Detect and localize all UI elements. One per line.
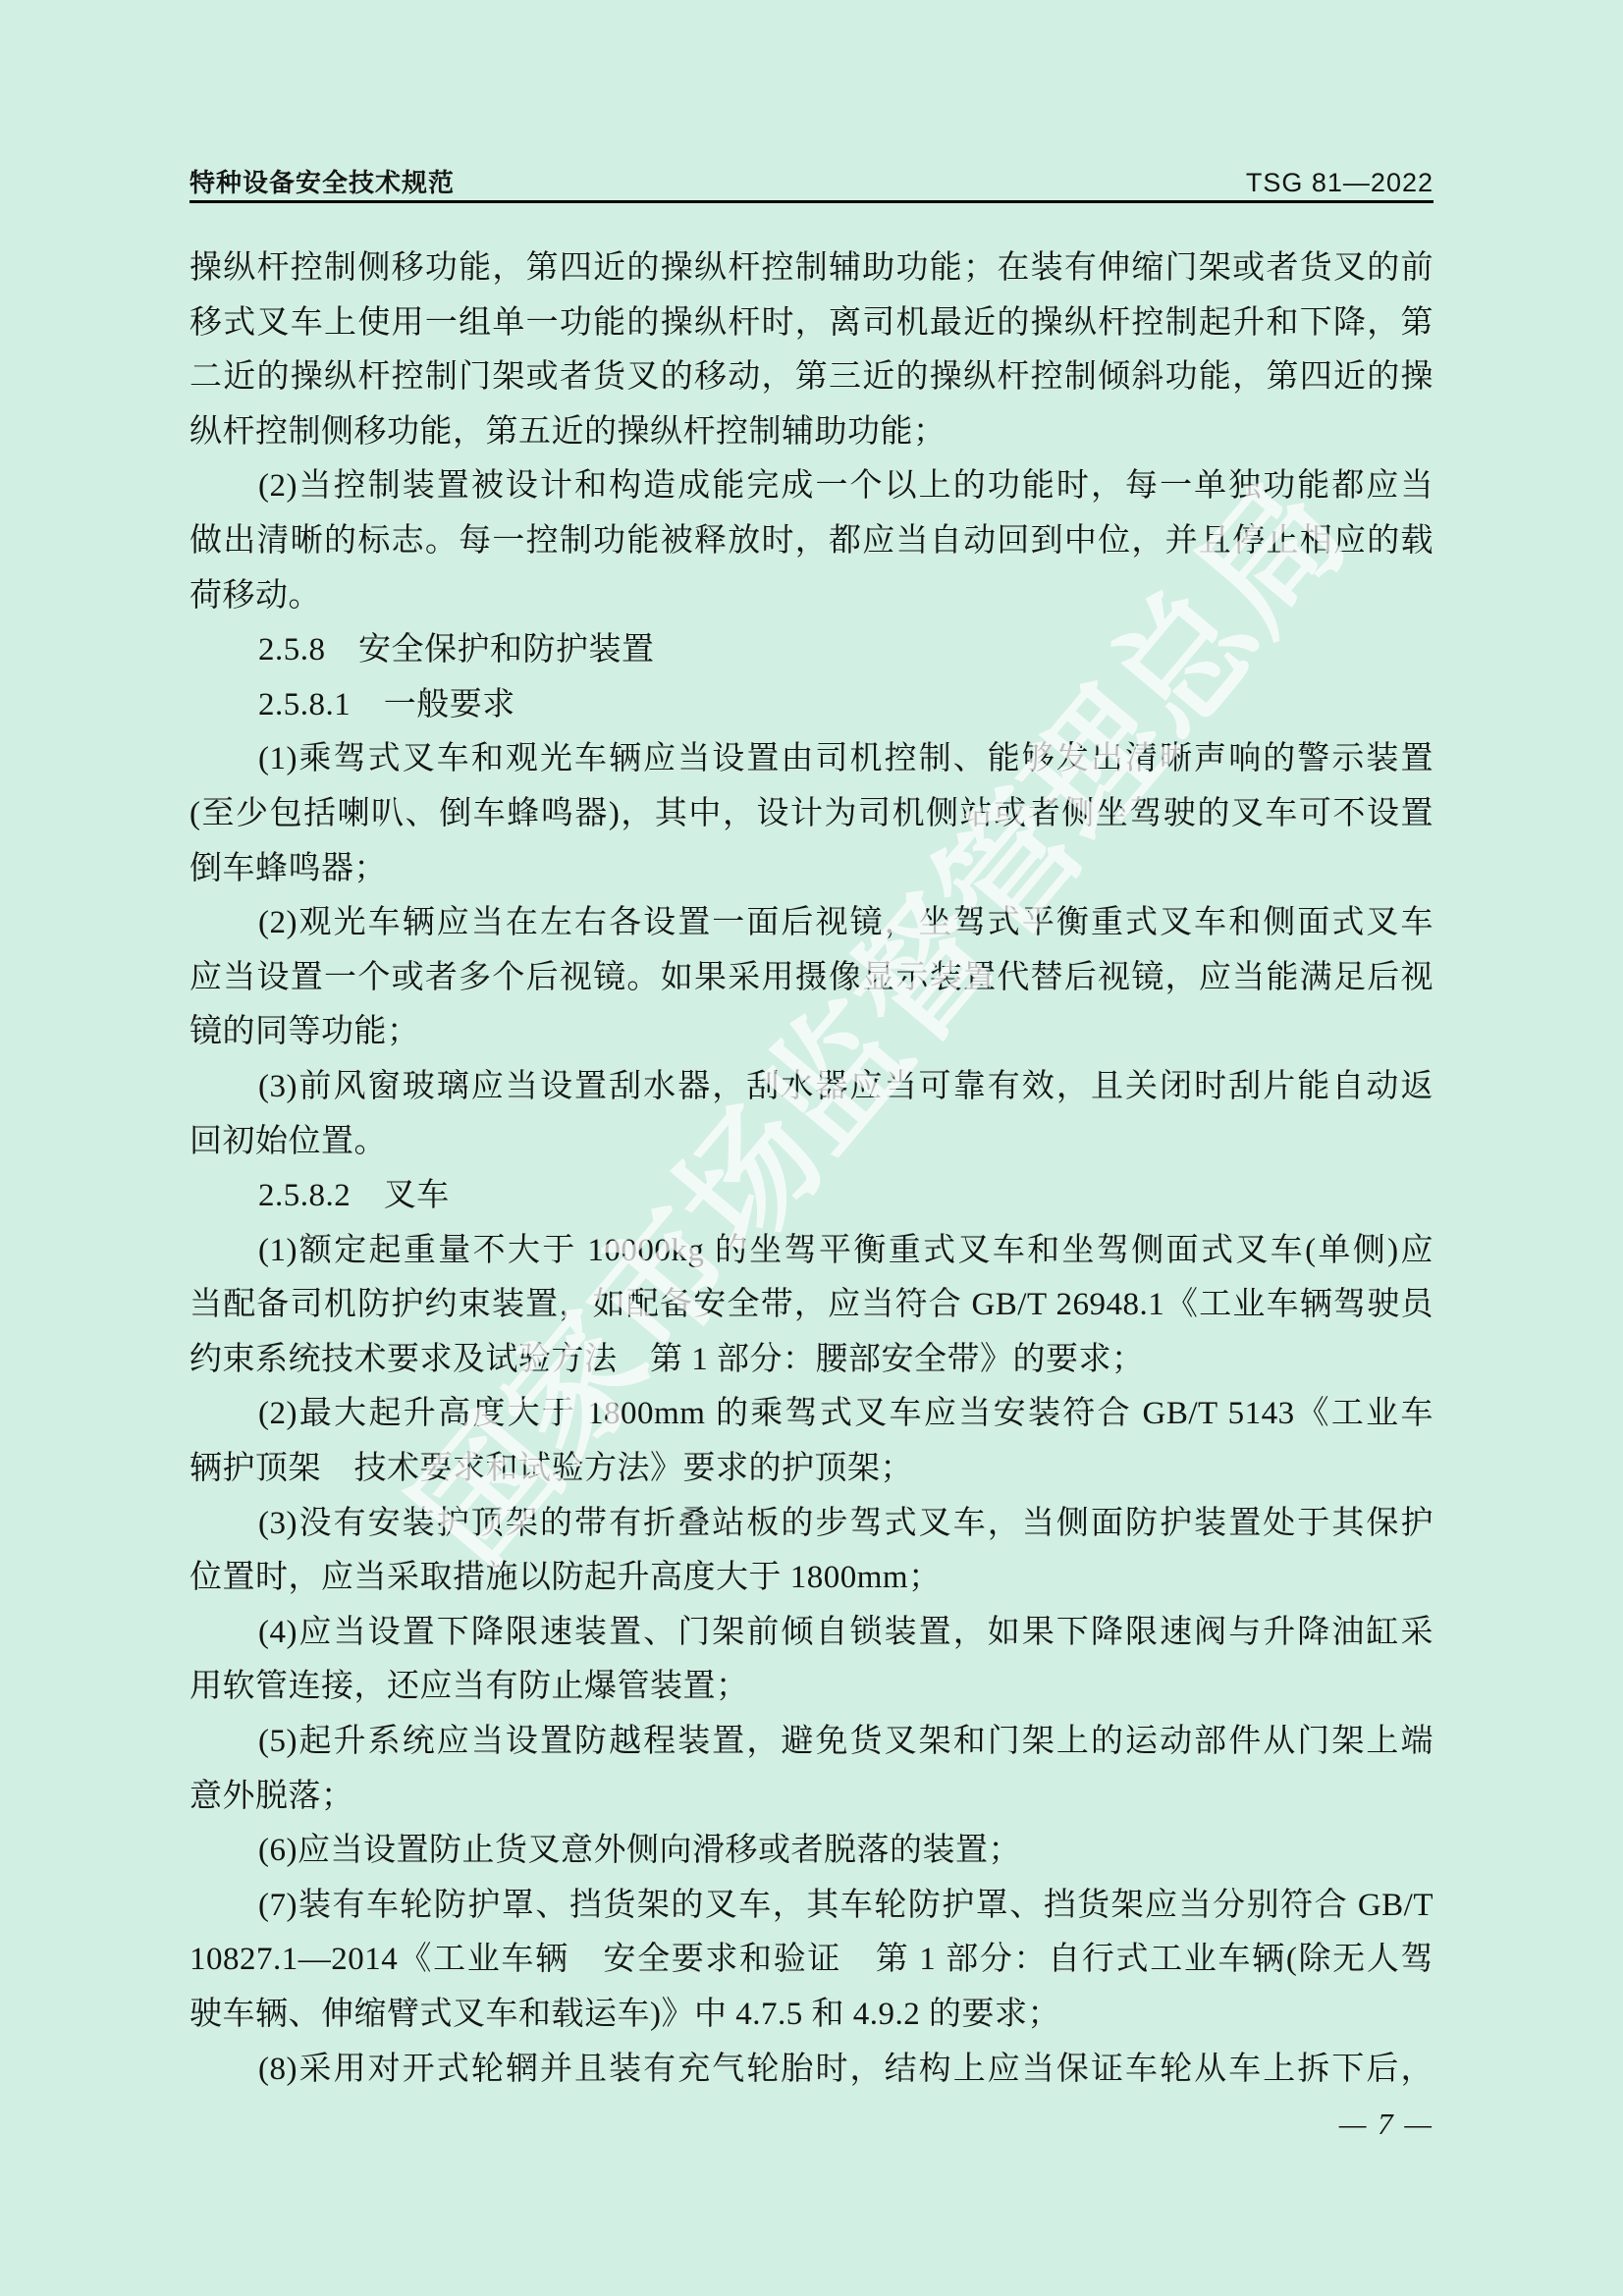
body-line: (1)额定起重量不大于 10000kg 的坐驾平衡重式叉车和坐驾侧面式叉车(单侧… bbox=[189, 1224, 1434, 1279]
body-line: 移式叉车上使用一组单一功能的操纵杆时，离司机最近的操纵杆控制起升和下降，第 bbox=[189, 296, 1434, 351]
body-line: (7)装有车轮防护罩、挡货架的叉车，其车轮防护罩、挡货架应当分别符合 GB/T bbox=[189, 1879, 1434, 1934]
document-body: 操纵杆控制侧移功能，第四近的操纵杆控制辅助功能；在装有伸缩门架或者货叉的前移式叉… bbox=[189, 241, 1434, 2097]
body-line: 2.5.8 安全保护和防护装置 bbox=[189, 623, 1434, 678]
body-line: 驶车辆、伸缩臂式叉车和载运车)》中 4.7.5 和 4.9.2 的要求； bbox=[189, 1988, 1434, 2043]
document-page: 特种设备安全技术规范 TSG 81—2022 操纵杆控制侧移功能，第四近的操纵杆… bbox=[0, 0, 1623, 2296]
body-line: 2.5.8.1 一般要求 bbox=[189, 678, 1434, 733]
body-line: (6)应当设置防止货叉意外侧向滑移或者脱落的装置； bbox=[189, 1824, 1434, 1879]
body-line: (3)前风窗玻璃应当设置刮水器，刮水器应当可靠有效，且关闭时刮片能自动返 bbox=[189, 1060, 1434, 1115]
body-line: 操纵杆控制侧移功能，第四近的操纵杆控制辅助功能；在装有伸缩门架或者货叉的前 bbox=[189, 241, 1434, 296]
body-line: 二近的操纵杆控制门架或者货叉的移动，第三近的操纵杆控制倾斜功能，第四近的操 bbox=[189, 350, 1434, 405]
body-line: 应当设置一个或者多个后视镜。如果采用摄像显示装置代替后视镜，应当能满足后视 bbox=[189, 951, 1434, 1006]
body-line: 回初始位置。 bbox=[189, 1115, 1434, 1170]
body-line: 意外脱落； bbox=[189, 1770, 1434, 1825]
body-line: 10827.1—2014《工业车辆 安全要求和验证 第 1 部分：自行式工业车辆… bbox=[189, 1933, 1434, 1988]
body-line: 用软管连接，还应当有防止爆管装置； bbox=[189, 1660, 1434, 1715]
body-line: (8)采用对开式轮辋并且装有充气轮胎时，结构上应当保证车轮从车上拆下后， bbox=[189, 2043, 1434, 2098]
body-line: 辆护顶架 技术要求和试验方法》要求的护顶架； bbox=[189, 1442, 1434, 1497]
body-line: (2)当控制装置被设计和构造成能完成一个以上的功能时，每一单独功能都应当 bbox=[189, 459, 1434, 514]
body-line: 镜的同等功能； bbox=[189, 1005, 1434, 1060]
page-number: — 7 — bbox=[1339, 2107, 1434, 2142]
body-line: 纵杆控制侧移功能，第五近的操纵杆控制辅助功能； bbox=[189, 405, 1434, 460]
body-line: 位置时，应当采取措施以防起升高度大于 1800mm； bbox=[189, 1551, 1434, 1606]
header-document-code: TSG 81—2022 bbox=[1246, 168, 1434, 198]
body-line: 约束系统技术要求及试验方法 第 1 部分：腰部安全带》的要求； bbox=[189, 1333, 1434, 1388]
body-line: (1)乘驾式叉车和观光车辆应当设置由司机控制、能够发出清晰声响的警示装置 bbox=[189, 732, 1434, 787]
header-rule bbox=[189, 200, 1434, 203]
body-line: (2)最大起升高度大于 1800mm 的乘驾式叉车应当安装符合 GB/T 514… bbox=[189, 1387, 1434, 1442]
body-line: (5)起升系统应当设置防越程装置，避免货叉架和门架上的运动部件从门架上端 bbox=[189, 1715, 1434, 1770]
page-header: 特种设备安全技术规范 TSG 81—2022 bbox=[189, 163, 1434, 199]
body-line: 荷移动。 bbox=[189, 569, 1434, 624]
header-document-title: 特种设备安全技术规范 bbox=[189, 163, 455, 199]
body-line: 倒车蜂鸣器； bbox=[189, 842, 1434, 897]
body-line: (2)观光车辆应当在左右各设置一面后视镜，坐驾式平衡重式叉车和侧面式叉车 bbox=[189, 896, 1434, 951]
body-line: (3)没有安装护顶架的带有折叠站板的步驾式叉车，当侧面防护装置处于其保护 bbox=[189, 1497, 1434, 1552]
body-line: (4)应当设置下降限速装置、门架前倾自锁装置，如果下降限速阀与升降油缸采 bbox=[189, 1606, 1434, 1661]
body-line: (至少包括喇叭、倒车蜂鸣器)，其中，设计为司机侧站或者侧坐驾驶的叉车可不设置 bbox=[189, 787, 1434, 842]
body-line: 做出清晰的标志。每一控制功能被释放时，都应当自动回到中位，并且停止相应的载 bbox=[189, 514, 1434, 569]
body-line: 2.5.8.2 叉车 bbox=[189, 1169, 1434, 1224]
body-line: 当配备司机防护约束装置，如配备安全带，应当符合 GB/T 26948.1《工业车… bbox=[189, 1278, 1434, 1333]
